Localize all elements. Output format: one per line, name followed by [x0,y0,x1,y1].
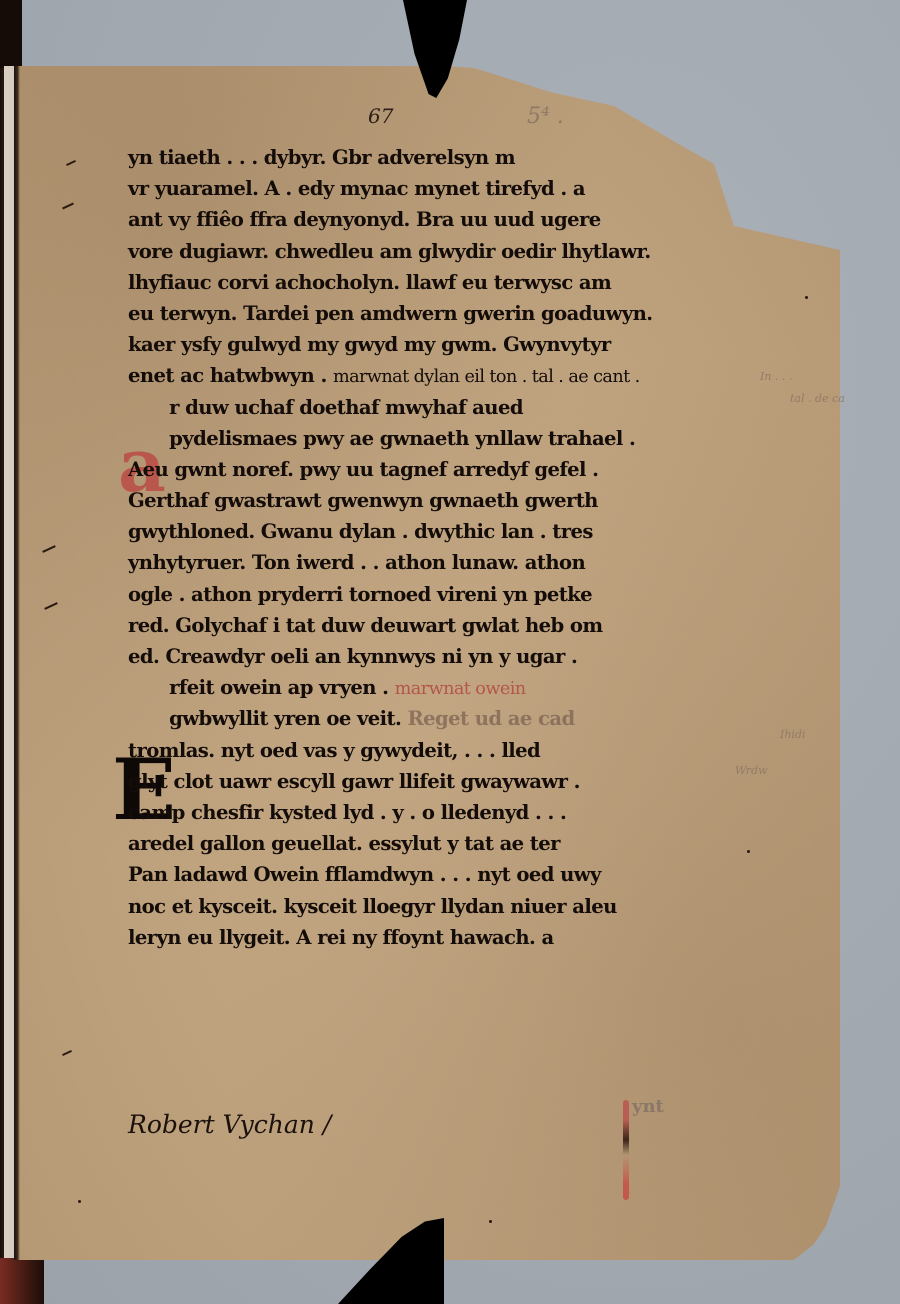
text-line: leryn eu llygeit. A rei ny ffoynt hawach… [128,922,775,953]
text-line: ed. Creawdyr oeli an kynnwys ni yn y uga… [128,641,775,672]
margin-note: In . . . [760,370,792,383]
text-line: lhyfiauc corvi achocholyn. llawf eu terw… [128,267,775,298]
rubric-title: marwnat owein [395,678,526,699]
margin-note: Wrdw [735,764,768,777]
text-line: r duw uchaf doethaf mwyhaf aued [128,392,775,423]
text-line: red. Golychaf i tat duw deuwart gwlat he… [128,610,775,641]
text-line: ant vy ffiêo ffra deynyonyd. Bra uu uud … [128,204,775,235]
owner-signature: Robert Vychan / [128,1110,331,1139]
text-line: gwbwyllit yren oe veit. Reget ud ae cad [128,703,775,734]
faded-text: Reget ud ae cad [407,706,574,730]
text-line: vr yuaramel. A . edy mynac mynet tirefyd… [128,173,775,204]
text-line: gwythloned. Gwanu dylan . dwythic lan . … [128,516,775,547]
text-line: glyt clot uawr escyll gawr llifeit gwayw… [128,766,775,797]
margin-note: Ihidi [780,728,806,741]
text-line: kaer ysfy gulwyd my gwyd my gwm. Gwynvyt… [128,329,775,360]
text-line: ogle . athon pryderri tornoed vireni yn … [128,579,775,610]
binding-top [0,0,22,68]
text-line: eu terwyn. Tardei pen amdwern gwerin goa… [128,298,775,329]
text-line: Aeu gwnt noref. pwy uu tagnef arredyf ge… [128,454,775,485]
text-line: tromlas. nyt oed vas y gywydeit, . . . l… [128,735,775,766]
leaf-gutter-shadow [14,66,20,1260]
ink-speck [747,850,750,853]
text-line-with-rubric: rfeit owein ap vryen . marwnat owein [128,672,775,703]
catchword-flourish [623,1100,629,1200]
text-line-with-rubric: enet ac hatwbwyn . marwnat dylan eil ton… [128,360,775,391]
catchword: ynt [632,1096,664,1117]
text-line: camp chesfir kysted lyd . y . o lledenyd… [128,797,775,828]
text-segment: enet ac hatwbwyn . [128,363,327,387]
ink-speck [489,1220,492,1223]
text-line: ynhytyruer. Ton iwerd . . athon lunaw. a… [128,547,775,578]
text-line: Pan ladawd Owein fflamdwyn . . . nyt oed… [128,859,775,890]
text-line: noc et kysceit. kysceit lloegyr llydan n… [128,891,775,922]
ink-speck [805,296,808,299]
binding-bottom [0,1258,44,1304]
text-line: vore dugiawr. chwedleu am glwydir oedir … [128,236,775,267]
ink-speck [78,1200,81,1203]
text-line: yn tiaeth . . . dybyr. Gbr adverelsyn m [128,142,775,173]
text-block: yn tiaeth . . . dybyr. Gbr adverelsyn m … [128,142,788,953]
text-segment: gwbwyllit yren oe veit. [169,706,401,730]
old-folio-mark: 5⁴ . [527,104,564,129]
margin-note: tal . de ca [790,392,845,405]
text-line: pydelismaes pwy ae gwnaeth ynllaw trahae… [128,423,775,454]
text-segment: rfeit owein ap vryen . [169,675,388,699]
text-line: Gerthaf gwastrawt gwenwyn gwnaeth gwerth [128,485,775,516]
text-line: aredel gallon geuellat. essylut y tat ae… [128,828,775,859]
rubric-title: marwnat dylan eil ton . tal . ae cant . [333,366,640,387]
folio-number: 67 [368,104,393,128]
